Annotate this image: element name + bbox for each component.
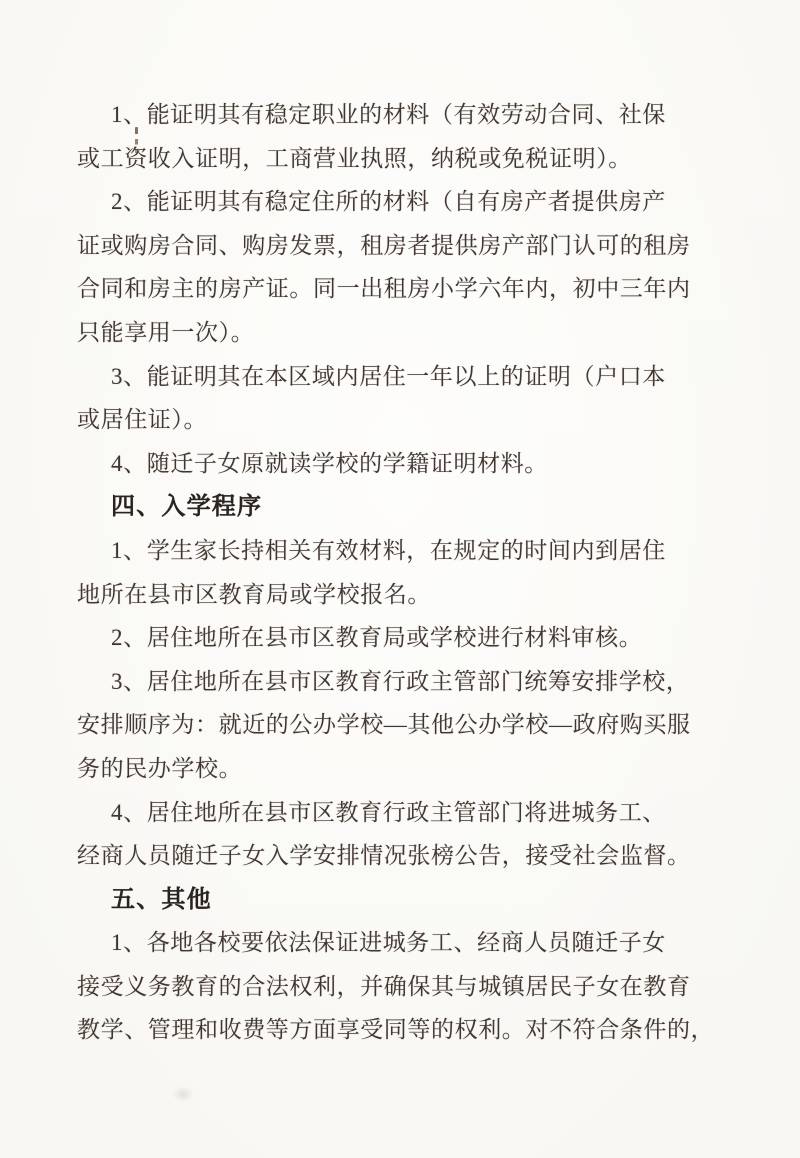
document-body: 1、能证明其有稳定职业的材料（有效劳动合同、社保或工资收入证明，工商营业执照，纳… (77, 93, 757, 1052)
text-line: 1、各地各校要依法保证进城务工、经商人员随迁子女 (77, 921, 757, 965)
text-line: 证或购房合同、购房发票，租房者提供房产部门认可的租房 (77, 224, 757, 268)
text-line: 或工资收入证明，工商营业执照，纳税或免税证明）。 (77, 137, 757, 181)
text-line: 只能享用一次）。 (77, 311, 757, 355)
paragraph: 3、能证明其在本区域内居住一年以上的证明（户口本或居住证）。 (77, 355, 757, 442)
text-line: 3、居住地所在县市区教育行政主管部门统筹安排学校， (77, 660, 757, 704)
text-line: 或居住证）。 (77, 398, 757, 442)
paragraph: 2、居住地所在县市区教育局或学校进行材料审核。 (77, 616, 757, 660)
section-heading: 五、其他 (77, 878, 757, 922)
text-line: 2、居住地所在县市区教育局或学校进行材料审核。 (77, 616, 757, 660)
text-line: 接受义务教育的合法权利，并确保其与城镇居民子女在教育 (77, 965, 757, 1009)
text-line: 四、入学程序 (77, 485, 757, 529)
paragraph: 1、各地各校要依法保证进城务工、经商人员随迁子女接受义务教育的合法权利，并确保其… (77, 921, 757, 1052)
text-line: 五、其他 (77, 878, 757, 922)
text-line: 4、居住地所在县市区教育行政主管部门将进城务工、 (77, 791, 757, 835)
text-line: 安排顺序为：就近的公办学校—其他公办学校—政府购买服 (77, 703, 757, 747)
paragraph: 4、随迁子女原就读学校的学籍证明材料。 (77, 442, 757, 486)
text-line: 经商人员随迁子女入学安排情况张榜公告，接受社会监督。 (77, 834, 757, 878)
paragraph: 1、学生家长持相关有效材料，在规定的时间内到居住地所在县市区教育局或学校报名。 (77, 529, 757, 616)
text-line: 1、能证明其有稳定职业的材料（有效劳动合同、社保 (77, 93, 757, 137)
text-line: 3、能证明其在本区域内居住一年以上的证明（户口本 (77, 355, 757, 399)
text-line: 教学、管理和收费等方面享受同等的权利。对不符合条件的， (77, 1008, 757, 1052)
paragraph: 3、居住地所在县市区教育行政主管部门统筹安排学校，安排顺序为：就近的公办学校—其… (77, 660, 757, 791)
text-line: 4、随迁子女原就读学校的学籍证明材料。 (77, 442, 757, 486)
paragraph: 1、能证明其有稳定职业的材料（有效劳动合同、社保或工资收入证明，工商营业执照，纳… (77, 93, 757, 180)
text-line: 合同和房主的房产证。同一出租房小学六年内，初中三年内 (77, 267, 757, 311)
scan-smudge (172, 1086, 194, 1102)
section-heading: 四、入学程序 (77, 485, 757, 529)
text-line: 2、能证明其有稳定住所的材料（自有房产者提供房产 (77, 180, 757, 224)
text-line: 务的民办学校。 (77, 747, 757, 791)
scanned-document-page: 1、能证明其有稳定职业的材料（有效劳动合同、社保或工资收入证明，工商营业执照，纳… (0, 0, 800, 1158)
text-line: 地所在县市区教育局或学校报名。 (77, 573, 757, 617)
paragraph: 2、能证明其有稳定住所的材料（自有房产者提供房产证或购房合同、购房发票，租房者提… (77, 180, 757, 354)
paragraph: 4、居住地所在县市区教育行政主管部门将进城务工、经商人员随迁子女入学安排情况张榜… (77, 791, 757, 878)
text-line: 1、学生家长持相关有效材料，在规定的时间内到居住 (77, 529, 757, 573)
